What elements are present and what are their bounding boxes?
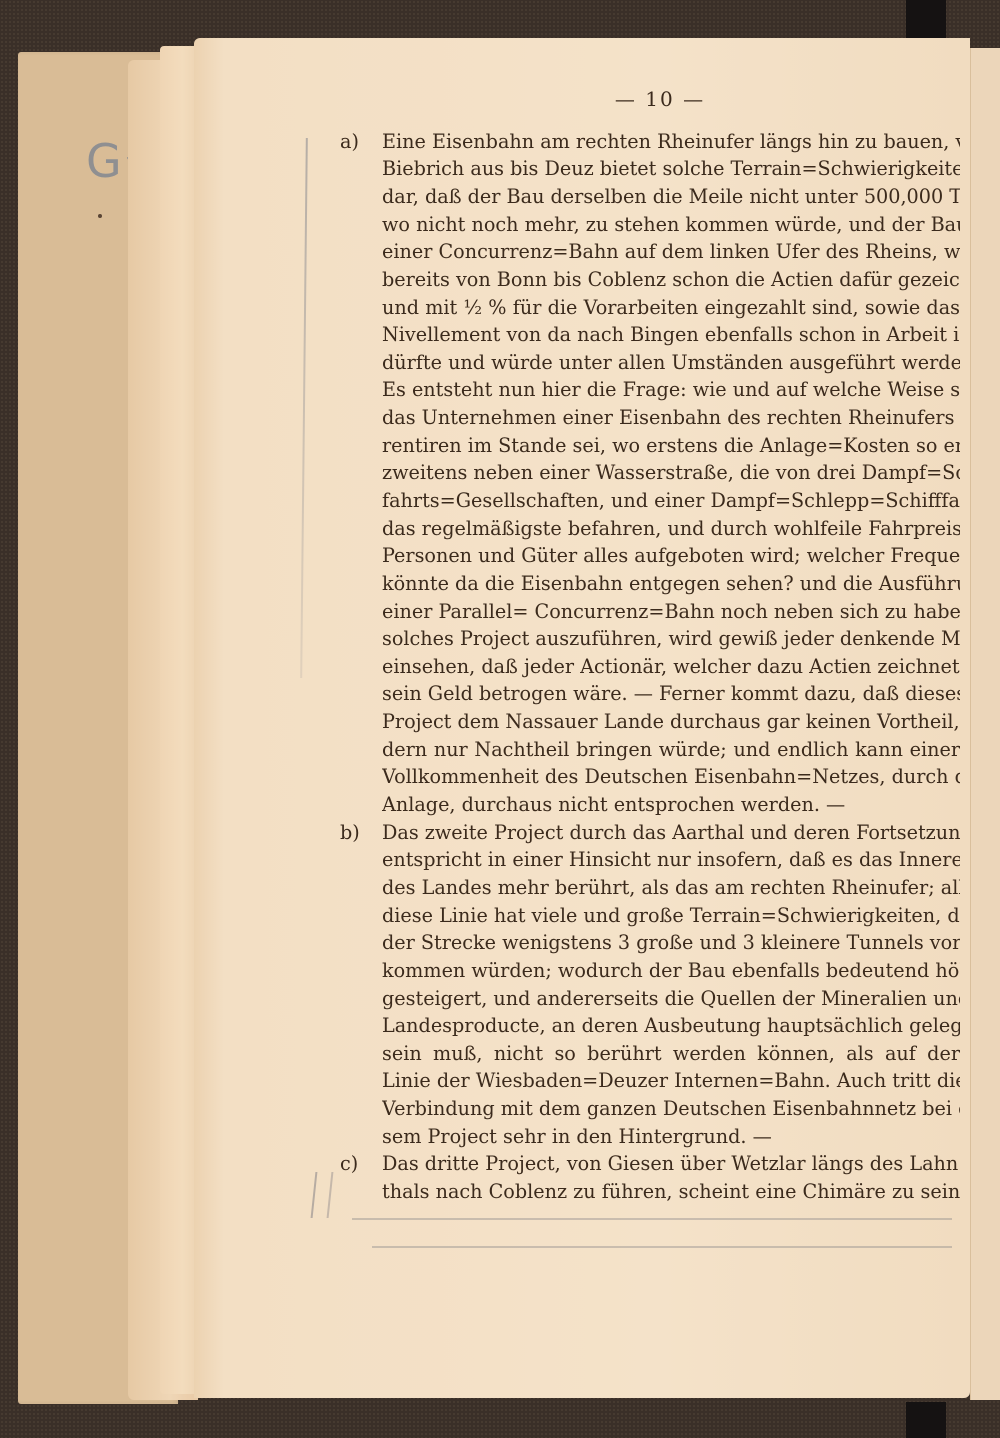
text-line: fahrts=Gesellschaften, und einer Dampf=S…	[382, 487, 960, 515]
text-line: Das zweite Project durch das Aarthal und…	[382, 819, 960, 847]
paragraph-c: c) Das dritte Project, von Giesen über W…	[340, 1150, 960, 1205]
text-line: thals nach Coblenz zu führen, scheint ei…	[382, 1178, 960, 1206]
text-line: Eine Eisenbahn am rechten Rheinufer läng…	[382, 128, 960, 156]
text-line: entspricht in einer Hinsicht nur insofer…	[382, 846, 960, 874]
text-line: wo nicht noch mehr, zu stehen kommen wür…	[382, 211, 960, 239]
paragraph-label: a)	[340, 128, 359, 156]
text-line: Vollkommenheit des Deutschen Eisenbahn=N…	[382, 763, 960, 791]
next-page-edge	[970, 48, 1000, 1400]
text-line: einer Parallel= Concurrenz=Bahn noch neb…	[382, 598, 960, 626]
text-line: sem Project sehr in den Hintergrund. —	[382, 1123, 960, 1151]
text-line: zweitens neben einer Wasserstraße, die v…	[382, 459, 960, 487]
pencil-underline	[372, 1246, 952, 1248]
text-line: der Strecke wenigstens 3 große und 3 kle…	[382, 929, 960, 957]
text-line: einer Concurrenz=Bahn auf dem linken Ufe…	[382, 238, 960, 266]
text-line: sein Geld betrogen wäre. — Ferner kommt …	[382, 680, 960, 708]
pencil-underline	[352, 1218, 952, 1220]
spine-gap	[906, 0, 946, 40]
text-line: kommen würden; wodurch der Bau ebenfalls…	[382, 957, 960, 985]
text-line: das regelmäßigste befahren, und durch wo…	[382, 515, 960, 543]
page-text: — 10 — a) Eine Eisenbahn am rechten Rhei…	[340, 86, 960, 1206]
text-line: sein muß, nicht so berührt werden können…	[382, 1040, 960, 1068]
text-line: Nivellement von da nach Bingen ebenfalls…	[382, 321, 960, 349]
paragraph-label: c)	[340, 1150, 358, 1178]
text-line: des Landes mehr berührt, als das am rech…	[382, 874, 960, 902]
text-line: diese Linie hat viele und große Terrain=…	[382, 902, 960, 930]
text-line: Es entsteht nun hier die Frage: wie und …	[382, 376, 960, 404]
text-line: das Unternehmen einer Eisenbahn des rech…	[382, 404, 960, 432]
text-line: rentiren im Stande sei, wo erstens die A…	[382, 432, 960, 460]
text-line: bereits von Bonn bis Coblenz schon die A…	[382, 266, 960, 294]
paragraph-label: b)	[340, 819, 360, 847]
text-line: Project dem Nassauer Lande durchaus gar …	[382, 708, 960, 736]
text-line: dürfte und würde unter allen Umständen a…	[382, 349, 960, 377]
text-line: und mit ½ % für die Vorarbeiten eingezah…	[382, 294, 960, 322]
text-line: Das dritte Project, von Giesen über Wetz…	[382, 1150, 960, 1178]
text-line: gesteigert, und andererseits die Quellen…	[382, 985, 960, 1013]
paragraph-a: a) Eine Eisenbahn am rechten Rheinufer l…	[340, 128, 960, 819]
text-line: Biebrich aus bis Deuz bietet solche Terr…	[382, 155, 960, 183]
text-line: Anlage, durchaus nicht entsprochen werde…	[382, 791, 960, 819]
text-line: Landesproducte, an deren Ausbeutung haup…	[382, 1012, 960, 1040]
page-number: — 10 —	[360, 86, 960, 114]
text-line: Verbindung mit dem ganzen Deutschen Eise…	[382, 1095, 960, 1123]
text-line: könnte da die Eisenbahn entgegen sehen? …	[382, 570, 960, 598]
stain-dot	[98, 214, 102, 218]
text-line: einsehen, daß jeder Actionär, welcher da…	[382, 653, 960, 681]
spine-gap	[906, 1402, 946, 1438]
text-line: dar, daß der Bau derselben die Meile nic…	[382, 183, 960, 211]
text-line: solches Project auszuführen, wird gewiß …	[382, 625, 960, 653]
text-line: Personen und Güter alles aufgeboten wird…	[382, 542, 960, 570]
paragraph-b: b) Das zweite Project durch das Aarthal …	[340, 819, 960, 1151]
text-line: dern nur Nachtheil bringen würde; und en…	[382, 736, 960, 764]
text-line: Linie der Wiesbaden=Deuzer Internen=Bahn…	[382, 1067, 960, 1095]
